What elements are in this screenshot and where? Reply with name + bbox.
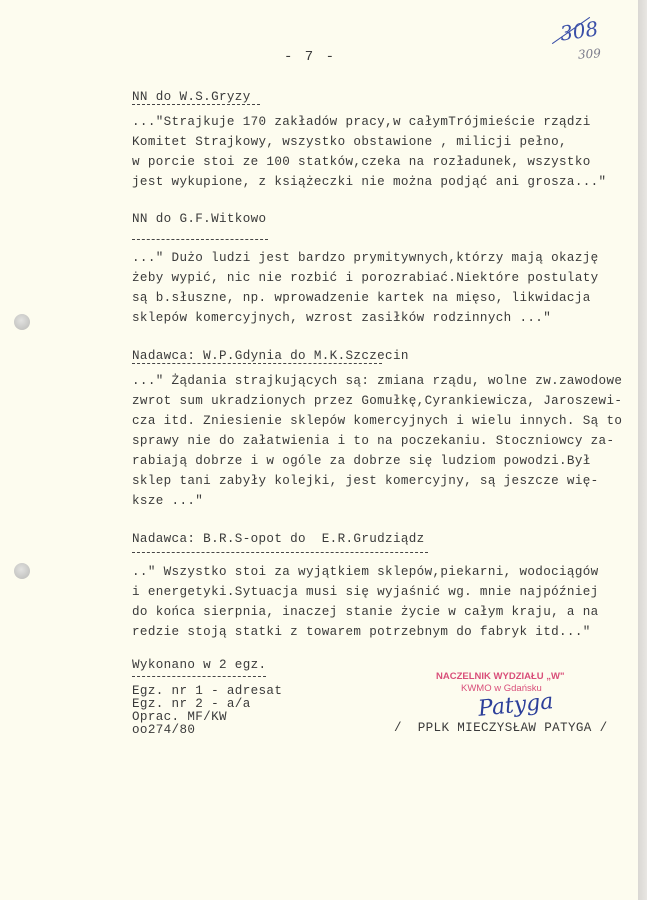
- author-line: Oprac. MF/KW: [132, 711, 227, 724]
- scan-edge: [638, 0, 647, 900]
- text-line: .." Wszystko stoi za wyjątkiem sklepów,p…: [132, 566, 599, 579]
- handwritten-folio-number: 308: [559, 16, 600, 45]
- stamp-line-1: NACZELNIK WYDZIAŁU „W": [436, 671, 565, 682]
- copies-heading: Wykonano w 2 egz.: [132, 659, 266, 672]
- copies-underline: [132, 676, 266, 677]
- text-line: jest wykupione, z książeczki nie można p…: [132, 176, 606, 189]
- text-line: żeby wypić, nic nie rozbić i porozrabiać…: [132, 272, 599, 285]
- text-line: rabiają dobrze i w ogóle za dobrze się l…: [132, 455, 591, 468]
- text-line: Komitet Strajkowy, wszystko obstawione ,…: [132, 136, 567, 149]
- text-line: redzie stoją statki z towarem potrzebnym…: [132, 626, 591, 639]
- handwritten-folio-number-corrected: 309: [578, 46, 602, 62]
- document-page: - 7 - 308 309 NN do W.S.Gryzy ..."Strajk…: [0, 0, 638, 900]
- heading-underline: [132, 363, 382, 364]
- text-line: w porcie stoi ze 100 statków,czeka na ro…: [132, 156, 591, 169]
- heading-underline: [132, 104, 260, 105]
- copy-line: Egz. nr 1 - adresat: [132, 685, 282, 698]
- text-line: i energetyki.Sytuacja musi się wyjaśnić …: [132, 586, 599, 599]
- text-line: cza itd. Zniesienie sklepów komercyjnych…: [132, 415, 622, 428]
- text-line: ksze ...": [132, 495, 203, 508]
- section-heading: Nadawca: W.P.Gdynia do M.K.Szczecin: [132, 350, 409, 363]
- heading-underline: [132, 239, 268, 240]
- section-heading: NN do G.F.Witkowo: [132, 213, 266, 226]
- text-line: są b.słuszne, np. wprowadzenie kartek na…: [132, 292, 591, 305]
- text-line: ..."Strajkuje 170 zakładów pracy,w całym…: [132, 116, 591, 129]
- section-heading: Nadawca: B.R.S-opot do E.R.Grudziądz: [132, 533, 425, 546]
- text-line: sklepów komercyjnych, wzrost zasiłków ro…: [132, 312, 551, 325]
- text-line: ..." Żądania strajkujących są: zmiana rz…: [132, 375, 622, 388]
- signatory-name: / PPLK MIECZYSŁAW PATYGA /: [394, 722, 608, 735]
- punch-hole-bottom: [14, 563, 30, 579]
- text-line: sklep tani zabyły kolejki, jest komercyj…: [132, 475, 599, 488]
- text-line: sprawy nie do załatwienia i to na poczek…: [132, 435, 614, 448]
- handwritten-signature: Patyga: [477, 689, 555, 722]
- text-line: ..." Dużo ludzi jest bardzo prymitywnych…: [132, 252, 599, 265]
- heading-underline: [132, 552, 428, 553]
- copy-line: Egz. nr 2 - a/a: [132, 698, 251, 711]
- page-number: - 7 -: [284, 50, 336, 64]
- text-line: zwrot sum ukradzionych przez Gomułkę,Cyr…: [132, 395, 622, 408]
- text-line: do końca sierpnia, inaczej stanie życie …: [132, 606, 599, 619]
- section-heading: NN do W.S.Gryzy: [132, 91, 251, 104]
- punch-hole-top: [14, 314, 30, 330]
- reference-number: oo274/80: [132, 724, 195, 737]
